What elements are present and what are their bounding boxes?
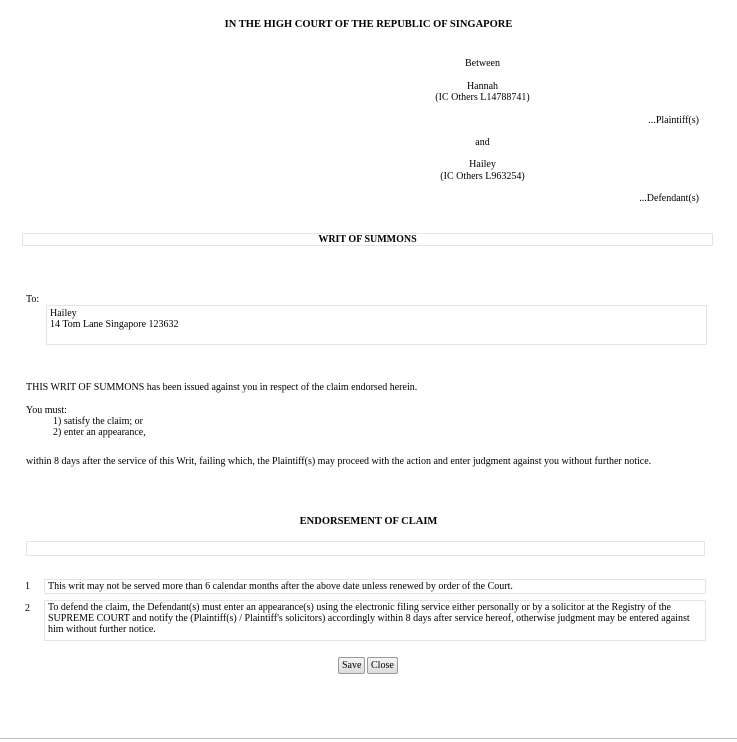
option-satisfy-claim: 1) satisfy the claim; or [53,416,143,427]
between-label: Between [350,58,615,69]
endorsement-content-field[interactable] [26,541,705,556]
issued-text: THIS WRIT OF SUMMONS has been issued aga… [26,382,417,393]
claim-number: 2 [25,603,30,614]
defendant-name: Hailey [350,159,615,170]
plaintiff-label: ...Plaintiff(s) [648,115,699,126]
bottom-divider [0,738,737,739]
writ-title: WRIT OF SUMMONS [318,234,416,245]
claim-text-field[interactable]: This writ may not be served more than 6 … [44,579,706,594]
address-line-street: 14 Tom Lane Singapore 123632 [50,319,703,330]
court-title: IN THE HIGH COURT OF THE REPUBLIC OF SIN… [0,19,737,30]
claim-text-field[interactable]: To defend the claim, the Defendant(s) mu… [44,600,706,641]
within-text: within 8 days after the service of this … [26,456,651,467]
plaintiff-id: (IC Others L14788741) [350,92,615,103]
to-label: To: [26,294,39,305]
option-enter-appearance: 2) enter an appearance, [53,427,146,438]
you-must-label: You must: [26,405,67,416]
close-button[interactable]: Close [367,657,398,674]
plaintiff-name: Hannah [350,81,615,92]
claim-number: 1 [25,581,30,592]
address-field[interactable]: Hailey 14 Tom Lane Singapore 123632 [46,305,707,345]
address-line-name: Hailey [50,308,703,319]
and-label: and [350,137,615,148]
endorsement-title: ENDORSEMENT OF CLAIM [0,516,737,527]
defendant-id: (IC Others L963254) [350,171,615,182]
defendant-label: ...Defendant(s) [639,193,699,204]
save-button[interactable]: Save [338,657,365,674]
writ-title-box: WRIT OF SUMMONS [22,233,713,246]
